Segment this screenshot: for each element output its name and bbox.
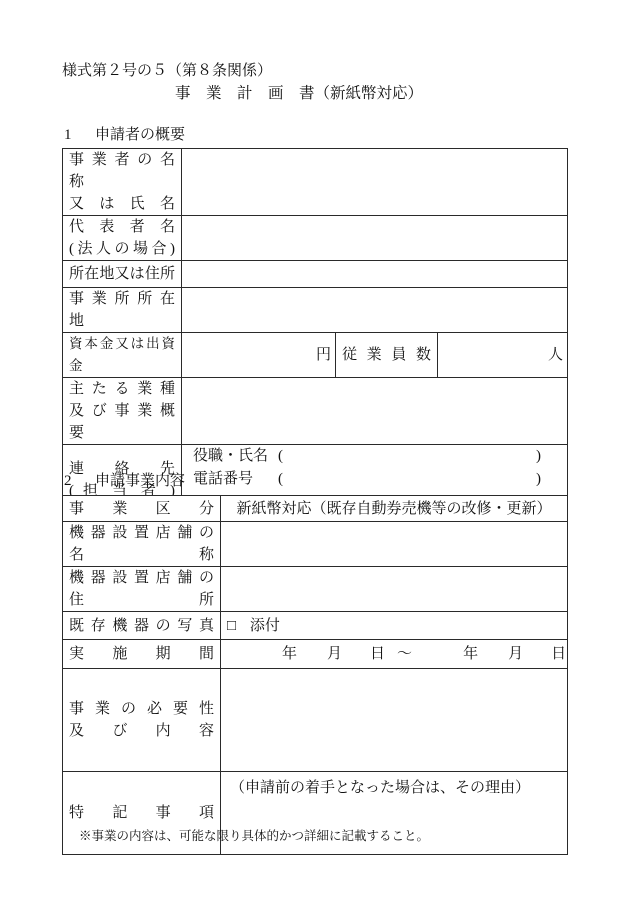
special-notes-hint: （申請前の着手となった場合は、その理由） (230, 777, 559, 799)
necessity-label-cell: 事 業 の 必 要 性 及 び 内 容 (63, 669, 221, 772)
period-day-label: 日 (551, 641, 566, 668)
contact-line-phone: 電話番号 ( ) (193, 468, 541, 491)
label-line: 又 は 氏 名 (69, 193, 175, 215)
label-line: 代 表 者 名 (69, 216, 175, 238)
store-name-label-cell: 機 器 設 置 店 舗 の 名 称 (63, 522, 221, 567)
checkbox-unchecked-icon: □ (227, 615, 236, 637)
document-page: 様式第２号の５（第８条関係） 事 業 計 画 書（新紙幣対応） 1 申請者の概要… (0, 0, 630, 903)
industry-label-cell: 主 た る 業 種 及 び 事 業 概 要 (63, 378, 182, 445)
photo-value-cell: □ 添付 (221, 612, 568, 640)
period-day-label: 日 (370, 641, 385, 668)
section2-heading: 2 申請事業内容 (64, 472, 185, 490)
applicant-overview-table: 事 業 者 の 名 称 又 は 氏 名 代 表 者 名 (法人の場合) 所在地又… (62, 148, 568, 515)
period-year-label: 年 (282, 641, 297, 668)
table-row: 機 器 設 置 店 舗 の 名 称 (63, 522, 568, 567)
label-line: 事 業 の 必 要 性 (69, 698, 214, 720)
table-row: 所在地又は住所 (63, 261, 568, 288)
section1-number: 1 (64, 126, 95, 144)
office-address-value-cell (182, 288, 568, 333)
application-detail-table: 事 業 区 分 新紙幣対応（既存自動券売機等の改修・更新） 機 器 設 置 店 … (62, 495, 568, 855)
table-row: 機 器 設 置 店 舗 の 住 所 (63, 567, 568, 612)
representative-label-cell: 代 表 者 名 (法人の場合) (63, 216, 182, 261)
photo-label-cell: 既 存 機 器 の 写 真 (63, 612, 221, 640)
necessity-value-cell (221, 669, 568, 772)
footnote: ※事業の内容は、可能な限り具体的かつ詳細に記載すること。 (79, 828, 429, 844)
industry-value-cell (182, 378, 568, 445)
representative-value-cell (182, 216, 568, 261)
table-row: 資本金又は出資金 円 従 業 員 数 人 (63, 333, 568, 378)
section1-title: 申請者の概要 (95, 126, 185, 144)
period-label-cell: 実 施 期 間 (63, 640, 221, 669)
blank-fill-space (283, 468, 536, 491)
period-month-label: 月 (327, 641, 342, 668)
business-name-label-cell: 事 業 者 の 名 称 又 は 氏 名 (63, 149, 182, 216)
contact-field-label: 役職・氏名 (193, 445, 278, 468)
period-date-line: 年 月 日 ～ 年 月 日 (221, 641, 567, 668)
table-row: 既 存 機 器 の 写 真 □ 添付 (63, 612, 568, 640)
store-address-value-cell (221, 567, 568, 612)
table-row: 事 業 の 必 要 性 及 び 内 容 (63, 669, 568, 772)
contact-field-label: 電話番号 (193, 468, 278, 491)
address-value-cell (182, 261, 568, 288)
store-name-value-cell (221, 522, 568, 567)
paren-close: ) (536, 445, 541, 468)
table-row: 事 業 者 の 名 称 又 は 氏 名 (63, 149, 568, 216)
category-value-cell: 新紙幣対応（既存自動券売機等の改修・更新） (221, 496, 568, 522)
employees-value-cell: 人 (438, 333, 568, 378)
label-line: 事 業 者 の 名 称 (69, 149, 175, 193)
period-year-label: 年 (463, 641, 478, 668)
period-tilde: ～ (397, 641, 412, 668)
document-title: 事 業 計 画 書（新紙幣対応） (0, 84, 598, 104)
blank-fill-space (283, 445, 536, 468)
label-line: (法人の場合) (69, 238, 175, 260)
office-address-label-cell: 事 業 所 所 在 地 (63, 288, 182, 333)
section2-title: 申請事業内容 (95, 472, 185, 490)
business-name-value-cell (182, 149, 568, 216)
capital-label-cell: 資本金又は出資金 (63, 333, 182, 378)
paren-close: ) (536, 468, 541, 491)
label-line: 主 た る 業 種 (69, 378, 175, 400)
section2-number: 2 (64, 472, 95, 490)
form-code: 様式第２号の５（第８条関係） (62, 62, 272, 80)
employees-label-cell: 従 業 員 数 (336, 333, 438, 378)
label-line: 及 び 内 容 (69, 720, 214, 742)
contact-line-title-name: 役職・氏名 ( ) (193, 445, 541, 468)
label-line: 及 び 事 業 概 要 (69, 400, 175, 444)
store-address-label-cell: 機 器 設 置 店 舗 の 住 所 (63, 567, 221, 612)
period-month-label: 月 (508, 641, 523, 668)
section1-heading: 1 申請者の概要 (64, 126, 185, 144)
capital-value-cell: 円 (182, 333, 336, 378)
table-row: 代 表 者 名 (法人の場合) (63, 216, 568, 261)
table-row: 事 業 区 分 新紙幣対応（既存自動券売機等の改修・更新） (63, 496, 568, 522)
table-row: 実 施 期 間 年 月 日 ～ 年 月 日 (63, 640, 568, 669)
table-row: 事 業 所 所 在 地 (63, 288, 568, 333)
address-label-cell: 所在地又は住所 (63, 261, 182, 288)
photo-attach-label: 添付 (250, 618, 280, 634)
table-row: 主 た る 業 種 及 び 事 業 概 要 (63, 378, 568, 445)
category-label-cell: 事 業 区 分 (63, 496, 221, 522)
period-value-cell: 年 月 日 ～ 年 月 日 (221, 640, 568, 669)
